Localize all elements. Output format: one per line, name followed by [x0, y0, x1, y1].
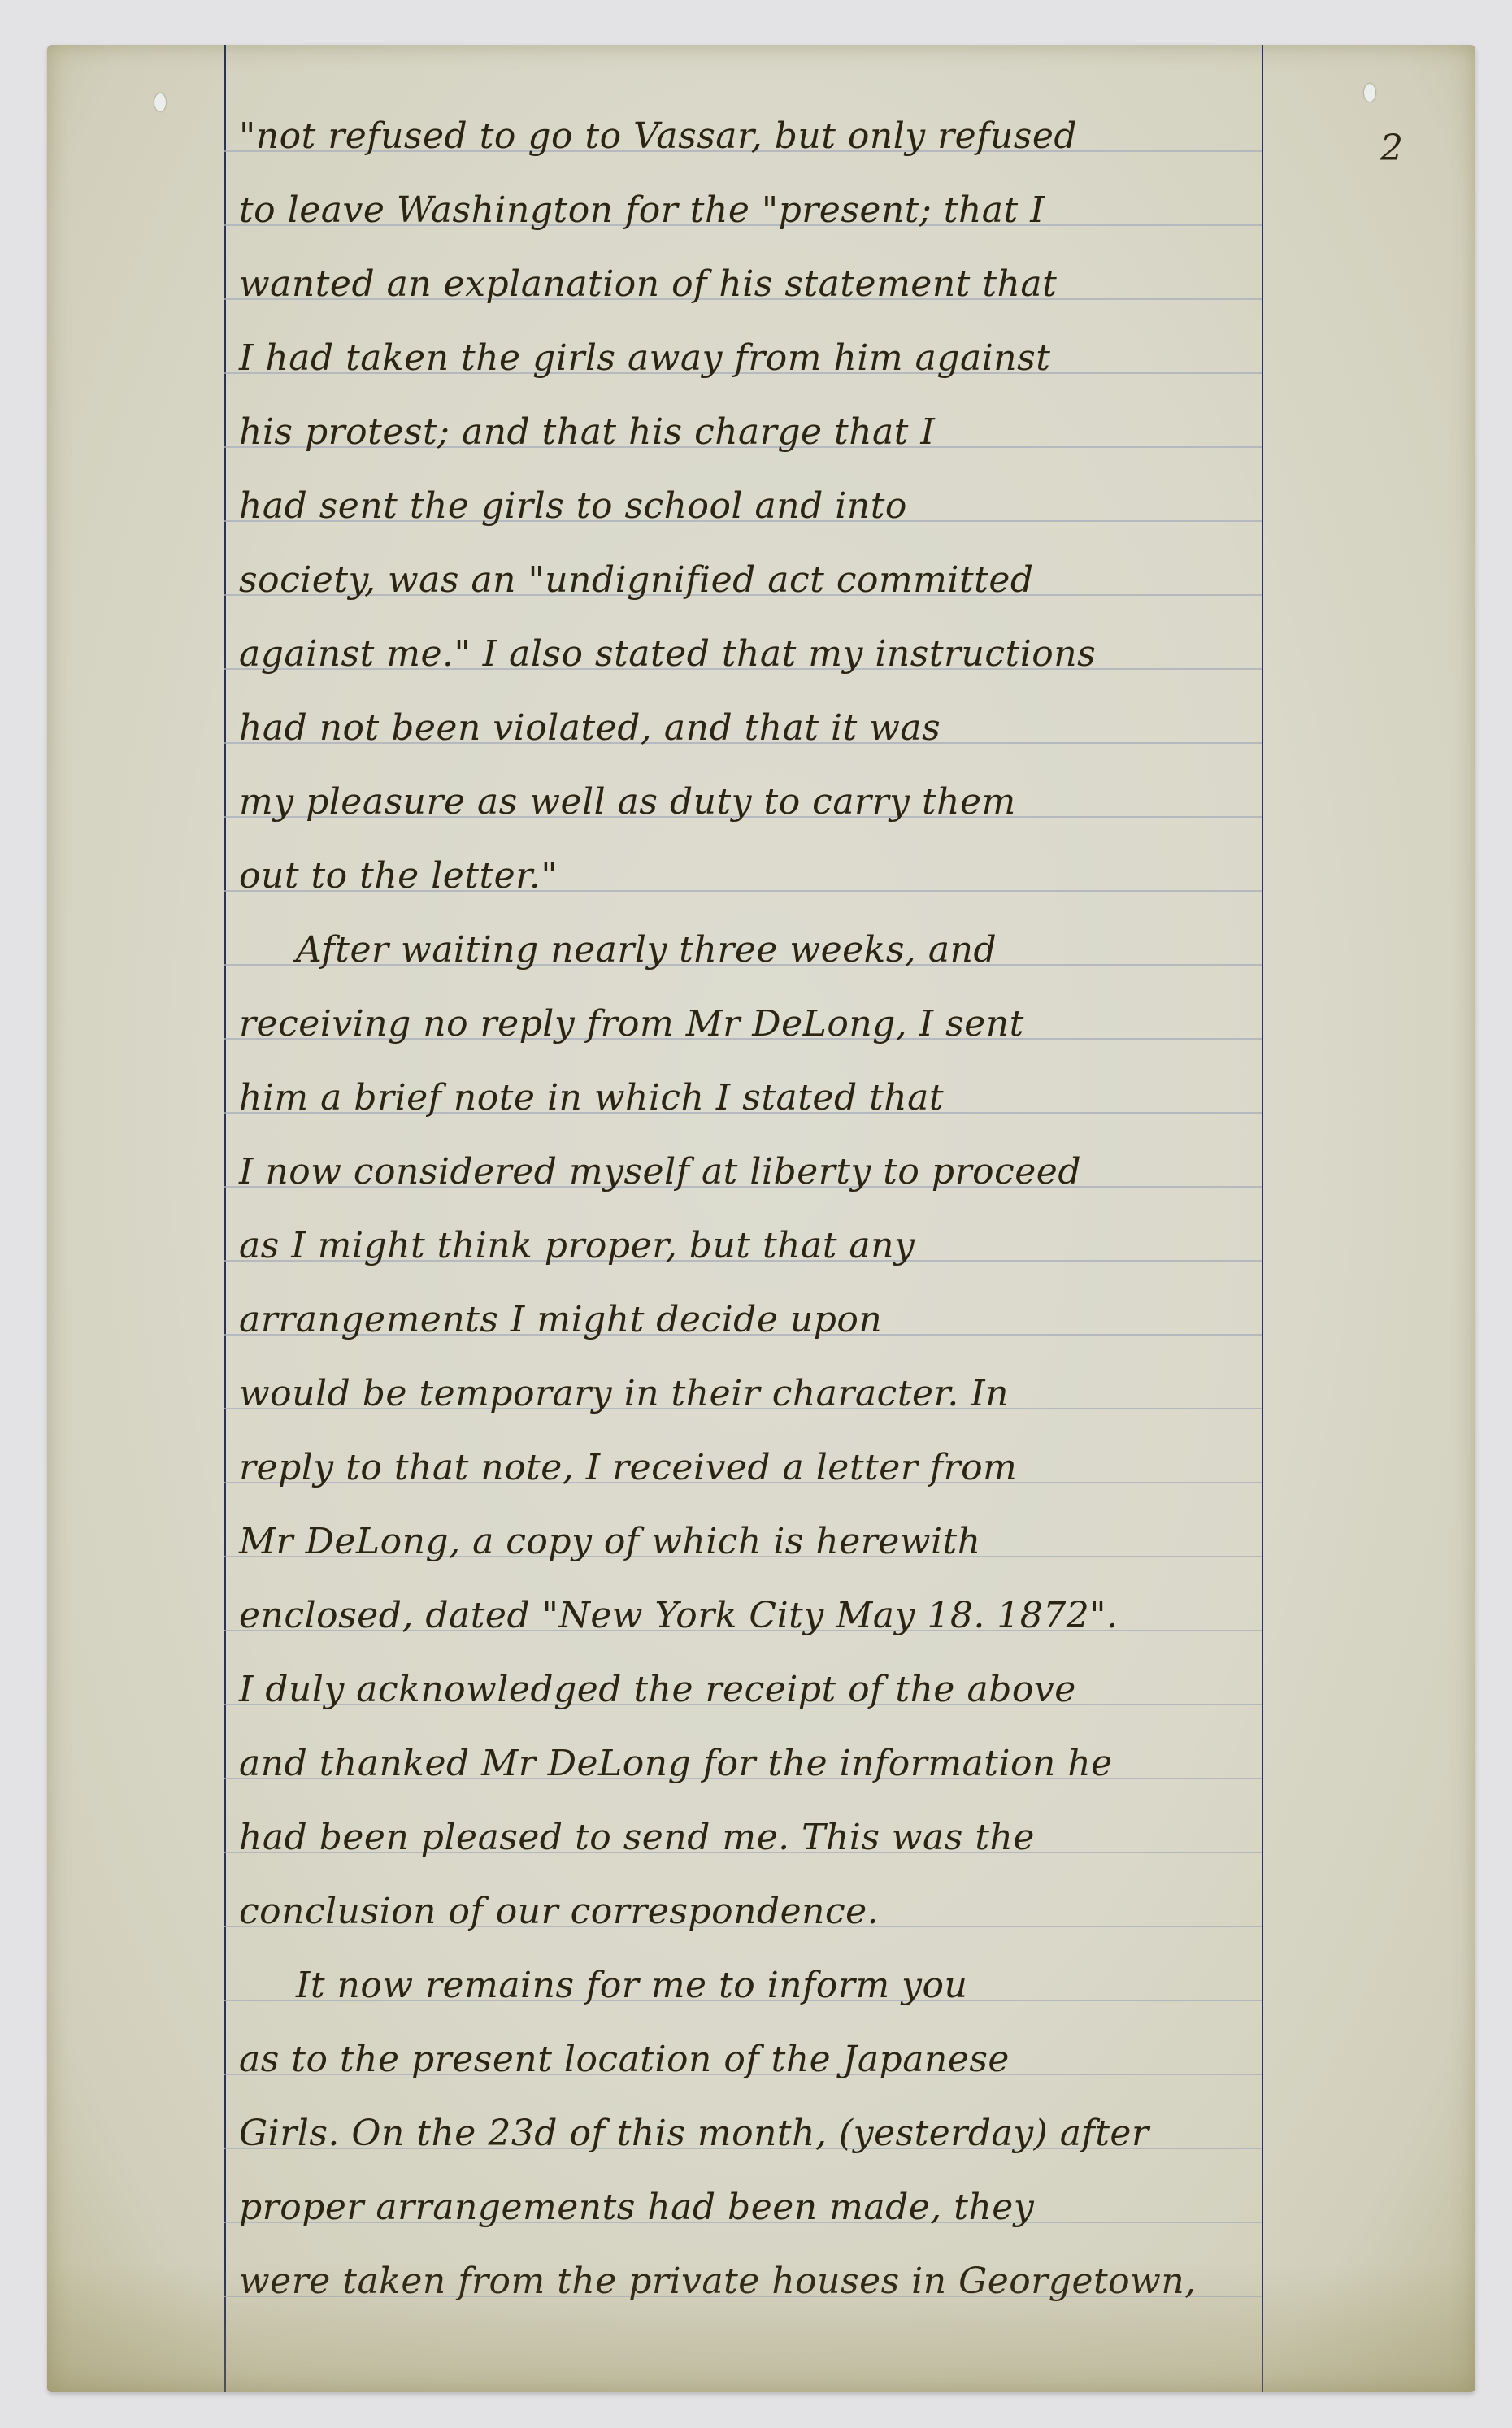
text-line: would be temporary in their character. I…: [239, 1371, 1304, 1417]
text-line: "not refused to go to Vassar, but only r…: [239, 114, 1304, 159]
punch-hole-left: [154, 93, 166, 111]
text-line: as to the present location of the Japane…: [239, 2037, 1304, 2083]
text-line: out to the letter.": [239, 853, 1304, 899]
text-line: had not been violated, and that it was: [239, 706, 1304, 751]
text-line: my pleasure as well as duty to carry the…: [239, 780, 1304, 825]
page-number: 2: [1380, 128, 1403, 169]
text-line: against me." I also stated that my instr…: [239, 632, 1304, 677]
text-line: him a brief note in which I stated that: [239, 1075, 1304, 1121]
text-line: were taken from the private houses in Ge…: [239, 2259, 1304, 2304]
ruled-line: [224, 2296, 1262, 2297]
text-line: society, was an "undignified act committ…: [239, 558, 1304, 603]
text-line: reply to that note, I received a letter …: [239, 1445, 1304, 1491]
left-margin-line: [224, 45, 226, 2392]
text-line: I duly acknowledged the receipt of the a…: [239, 1667, 1304, 1713]
text-line: enclosed, dated "New York City May 18. 1…: [239, 1593, 1304, 1639]
paragraph-start-line: It now remains for me to inform you: [239, 1963, 1304, 2009]
text-line: arrangements I might decide upon: [239, 1297, 1304, 1343]
text-line: his protest; and that his charge that I: [239, 410, 1304, 455]
text-line: had sent the girls to school and into: [239, 484, 1304, 529]
text-line: I now considered myself at liberty to pr…: [239, 1149, 1304, 1195]
text-line: to leave Washington for the "present; th…: [239, 188, 1304, 233]
text-line: as I might think proper, but that any: [239, 1223, 1304, 1269]
text-line: receiving no reply from Mr DeLong, I sen…: [239, 1001, 1304, 1047]
text-line: proper arrangements had been made, they: [239, 2185, 1304, 2230]
manuscript-page: 2 "not refused to go to Vassar, but only…: [47, 45, 1475, 2392]
text-line: Girls. On the 23d of this month, (yester…: [239, 2111, 1304, 2157]
text-line: wanted an explanation of his statement t…: [239, 262, 1304, 307]
text-line: conclusion of our correspondence.: [239, 1889, 1304, 1935]
text-line: had been pleased to send me. This was th…: [239, 1815, 1304, 1861]
text-line: I had taken the girls away from him agai…: [239, 336, 1304, 381]
text-line: and thanked Mr DeLong for the informatio…: [239, 1741, 1304, 1787]
punch-hole-right: [1364, 84, 1375, 102]
paragraph-start-line: After waiting nearly three weeks, and: [239, 927, 1304, 973]
text-line: Mr DeLong, a copy of which is herewith: [239, 1519, 1304, 1565]
